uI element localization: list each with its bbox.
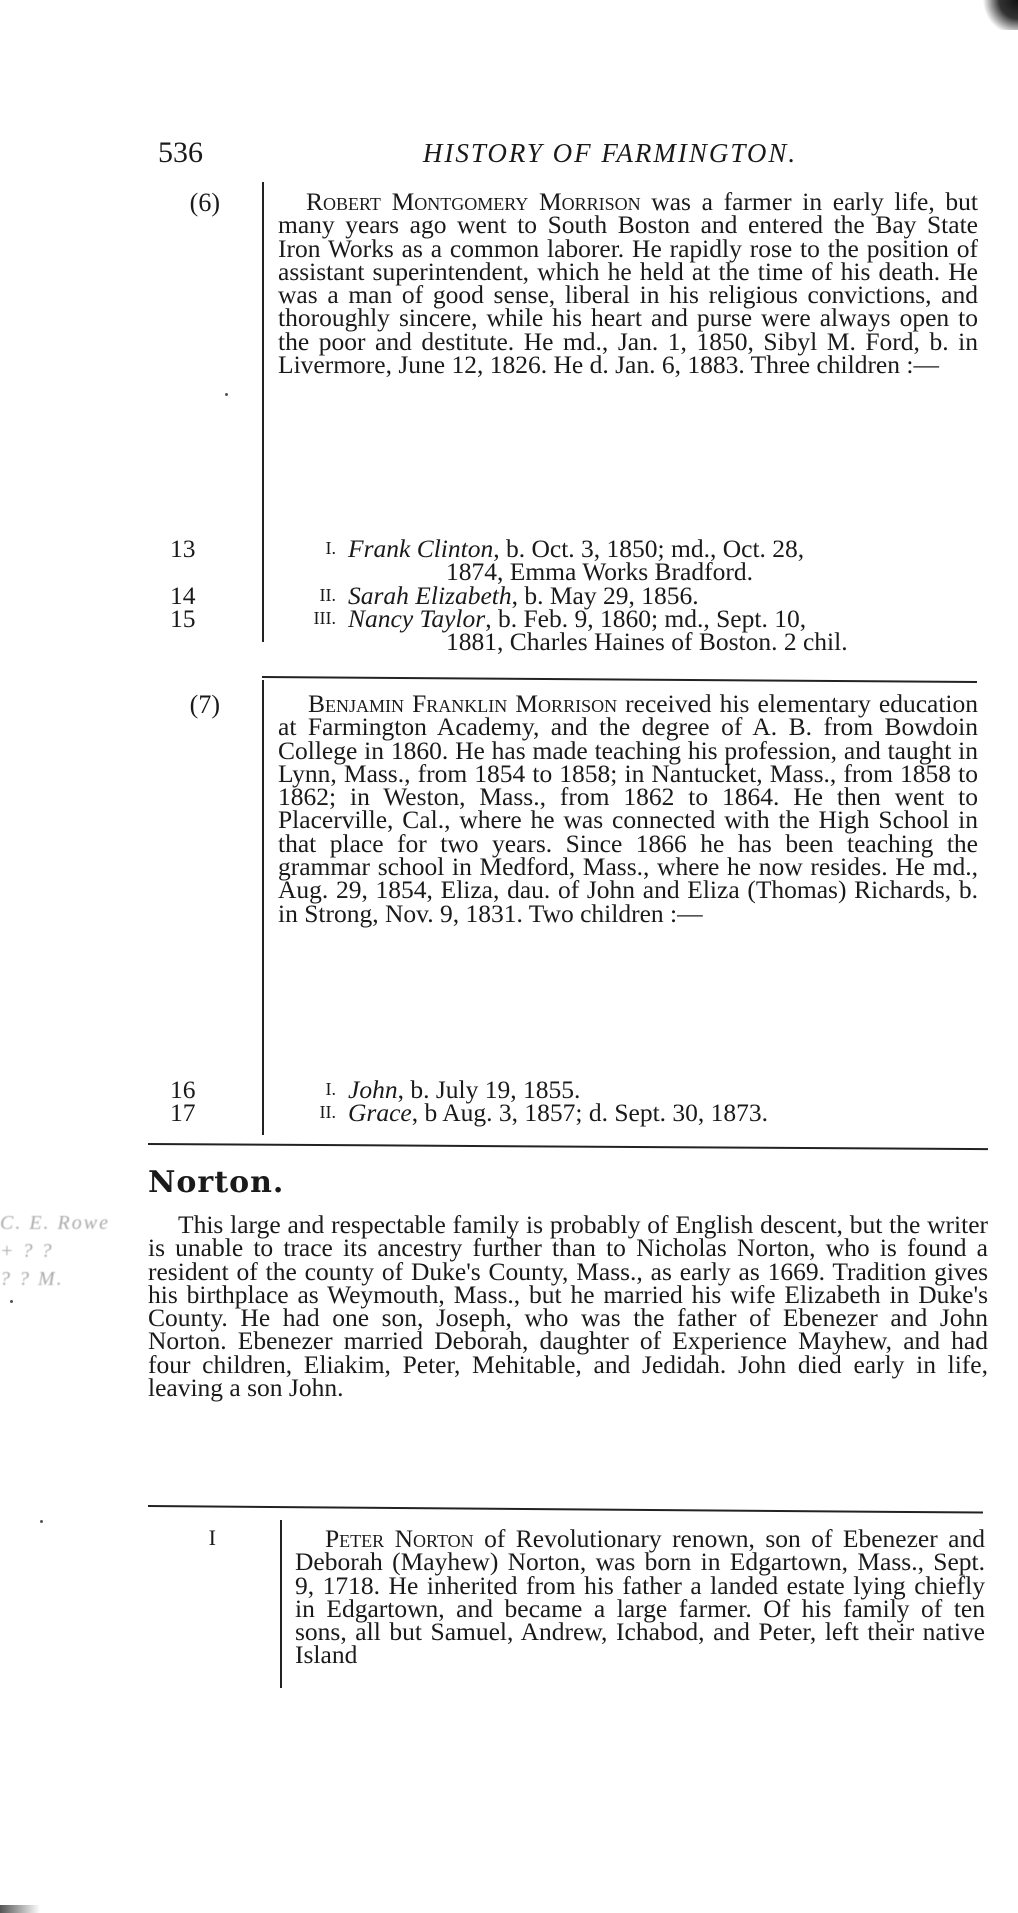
genealogy-entry-7: (7) Benjamin Franklin Morrison received … (150, 680, 1000, 1140)
section-divider (148, 1143, 988, 1150)
child-text: Grace, b Aug. 3, 1857; d. Sept. 30, 1873… (348, 1101, 976, 1124)
handwritten-margin-note: + ? ? (0, 1240, 54, 1263)
genealogy-entry-norton-1: I Peter Norton of Revolutionary renown, … (150, 1515, 1000, 1715)
page-number: 536 (158, 136, 203, 170)
entry-number: I (146, 1525, 216, 1551)
child-ordinal: III. (286, 607, 336, 630)
handwritten-margin-note: C. E. Rowe (0, 1212, 110, 1235)
entry-paragraph: Benjamin Franklin Morrison received his … (278, 692, 978, 925)
column-rule (262, 182, 264, 642)
column-rule (262, 680, 264, 1135)
child-name: Grace (348, 1098, 412, 1127)
scan-edge-smudge (0, 1905, 40, 1913)
child-ordinal: I. (286, 1078, 336, 1101)
entry-text: received his elementary education at Far… (278, 689, 978, 928)
family-introduction: This large and respectable family is pro… (148, 1213, 988, 1399)
child-ordinal: I. (286, 537, 336, 560)
entry-number: (6) (150, 188, 220, 218)
entry-number: (7) (150, 690, 220, 720)
entry-paragraph: Peter Norton of Revolutionary renown, so… (295, 1527, 985, 1667)
child-number: 17 (170, 1101, 210, 1124)
section-divider (148, 1505, 983, 1514)
handwritten-margin-note: ? ? M. (0, 1268, 64, 1291)
child-text: Nancy Taylor, b. Feb. 9, 1860; md., Sept… (348, 607, 976, 654)
child-ordinal: II. (286, 584, 336, 607)
entry-paragraph: Robert Montgomery Morrison was a farmer … (278, 190, 978, 376)
margin-speck (225, 393, 228, 396)
child-ordinal: II. (286, 1101, 336, 1124)
running-head: HISTORY OF FARMINGTON. (290, 138, 930, 169)
margin-speck (40, 1520, 43, 1523)
entry-text: was a farmer in early life, but many yea… (278, 187, 978, 379)
child-number: 13 (170, 537, 210, 560)
genealogy-entry-6: (6) Robert Montgomery Morrison was a far… (150, 182, 1000, 662)
column-rule (280, 1520, 282, 1688)
child-text: Frank Clinton, b. Oct. 3, 1850; md., Oct… (348, 537, 976, 584)
margin-speck (10, 1300, 13, 1303)
child-number: 15 (170, 607, 210, 630)
scan-corner-smudge (982, 0, 1018, 30)
family-section-title: Norton. (148, 1165, 284, 1200)
